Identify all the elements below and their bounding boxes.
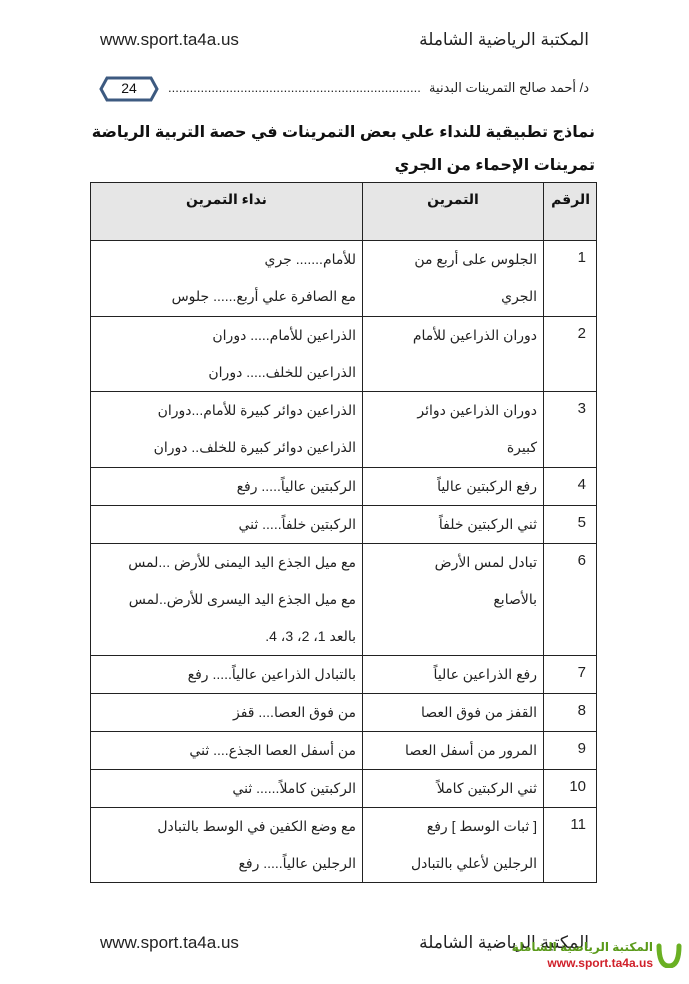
call-line: من أسفل العصا الجذع.... ثني <box>97 732 356 769</box>
exercise-cell: [ ثبات الوسط ] رفعالرجلين لأعلي بالتبادل <box>363 808 544 883</box>
row-number: 11 <box>544 808 597 883</box>
call-cell: بالتبادل الذراعين عالياً..... رفع <box>91 656 363 694</box>
header-site-url: www.sport.ta4a.us <box>100 30 239 50</box>
table-row: 4رفع الركبتين عالياًالركبتين عالياً.....… <box>91 468 597 506</box>
call-cell: مع ميل الجذع اليد اليمنى للأرض ...لمسمع … <box>91 544 363 656</box>
row-number: 10 <box>544 770 597 808</box>
exercise-line: الرجلين لأعلي بالتبادل <box>369 845 537 882</box>
logo-url: www.sport.ta4a.us <box>547 956 653 970</box>
table-row: 10ثني الركبتين كاملاًالركبتين كاملاً....… <box>91 770 597 808</box>
header-library-name: المكتبة الرياضية الشاملة <box>419 30 589 50</box>
section-subtitle: تمرينات الإحماء من الجري <box>395 155 595 175</box>
exercise-cell: ثني الركبتين كاملاً <box>363 770 544 808</box>
exercise-line: الجلوس على أربع من <box>369 241 537 278</box>
page-number: 24 <box>99 80 159 96</box>
exercise-line: بالأصابع <box>369 581 537 618</box>
exercise-table: الرقم التمرين نداء التمرين 1الجلوس على أ… <box>90 182 597 883</box>
table-row: 11[ ثبات الوسط ] رفعالرجلين لأعلي بالتبا… <box>91 808 597 883</box>
row-number: 8 <box>544 694 597 732</box>
table-row: 9المرور من أسفل العصامن أسفل العصا الجذع… <box>91 732 597 770</box>
library-logo-icon <box>656 942 682 968</box>
call-line: الركبتين خلفاً..... ثني <box>97 506 356 543</box>
exercise-line: ثني الركبتين خلفاً <box>369 506 537 543</box>
call-cell: للأمام....... جريمع الصافرة علي أربع....… <box>91 241 363 317</box>
table-row: 1الجلوس على أربع منالجريللأمام....... جر… <box>91 241 597 317</box>
table-header-row: الرقم التمرين نداء التمرين <box>91 183 597 241</box>
table-row: 3دوران الذراعين دوائركبيرةالذراعين دوائر… <box>91 392 597 468</box>
call-line: من فوق العصا.... قفز <box>97 694 356 731</box>
row-number: 6 <box>544 544 597 656</box>
call-cell: الركبتين عالياً..... رفع <box>91 468 363 506</box>
call-line: للأمام....... جري <box>97 241 356 278</box>
call-cell: الركبتين خلفاً..... ثني <box>91 506 363 544</box>
call-line: الرجلين عالياً..... رفع <box>97 845 356 882</box>
column-header-exercise: التمرين <box>363 183 544 241</box>
row-number: 9 <box>544 732 597 770</box>
call-line: مع وضع الكفين في الوسط بالتبادل <box>97 808 356 845</box>
call-line: مع ميل الجذع اليد اليمنى للأرض ...لمس <box>97 544 356 581</box>
exercise-cell: رفع الذراعين عالياً <box>363 656 544 694</box>
row-number: 7 <box>544 656 597 694</box>
table-row: 7رفع الذراعين عالياًبالتبادل الذراعين عا… <box>91 656 597 694</box>
call-cell: الذراعين للأمام..... دورانالذراعين للخلف… <box>91 317 363 392</box>
logo-text: المكتبة الرياضية الشاملة <box>512 940 653 954</box>
call-cell: الذراعين دوائر كبيرة للأمام...دورانالذرا… <box>91 392 363 468</box>
exercise-cell: دوران الذراعين للأمام <box>363 317 544 392</box>
table-row: 5ثني الركبتين خلفاًالركبتين خلفاً..... ث… <box>91 506 597 544</box>
exercise-line: [ ثبات الوسط ] رفع <box>369 808 537 845</box>
exercise-cell: تبادل لمس الأرضبالأصابع <box>363 544 544 656</box>
table-row: 6تبادل لمس الأرضبالأصابعمع ميل الجذع الي… <box>91 544 597 656</box>
table-row: 8القفز من فوق العصامن فوق العصا.... قفز <box>91 694 597 732</box>
exercise-line: دوران الذراعين للأمام <box>369 317 537 354</box>
call-line: الذراعين للأمام..... دوران <box>97 317 356 354</box>
exercise-line: الجري <box>369 278 537 315</box>
header-author-line: د/ أحمد صالح التمرينات البدنية <box>429 80 589 96</box>
row-number: 2 <box>544 317 597 392</box>
row-number: 4 <box>544 468 597 506</box>
column-header-call: نداء التمرين <box>91 183 363 241</box>
call-cell: الركبتين كاملاً...... ثني <box>91 770 363 808</box>
exercise-cell: القفز من فوق العصا <box>363 694 544 732</box>
call-line: مع الصافرة علي أربع...... جلوس <box>97 278 356 315</box>
exercise-cell: ثني الركبتين خلفاً <box>363 506 544 544</box>
call-line: الذراعين دوائر كبيرة للأمام...دوران <box>97 392 356 429</box>
column-header-number: الرقم <box>544 183 597 241</box>
exercise-cell: الجلوس على أربع منالجري <box>363 241 544 317</box>
call-cell: من فوق العصا.... قفز <box>91 694 363 732</box>
call-cell: مع وضع الكفين في الوسط بالتبادلالرجلين ع… <box>91 808 363 883</box>
exercise-cell: المرور من أسفل العصا <box>363 732 544 770</box>
row-number: 5 <box>544 506 597 544</box>
exercise-line: كبيرة <box>369 429 537 466</box>
call-line: مع ميل الجذع اليد اليسرى للأرض..لمس <box>97 581 356 618</box>
page-title: نماذج تطبيقية للنداء علي بعض التمرينات ف… <box>92 122 595 142</box>
call-line: بالتبادل الذراعين عالياً..... رفع <box>97 656 356 693</box>
call-line: بالعد 1، 2، 3، 4. <box>97 618 356 655</box>
exercise-line: رفع الذراعين عالياً <box>369 656 537 693</box>
row-number: 3 <box>544 392 597 468</box>
header-dot-leader: ........................................… <box>168 80 423 95</box>
call-line: الذراعين دوائر كبيرة للخلف.. دوران <box>97 429 356 466</box>
exercise-cell: رفع الركبتين عالياً <box>363 468 544 506</box>
call-line: الذراعين للخلف..... دوران <box>97 354 356 391</box>
call-line: الركبتين كاملاً...... ثني <box>97 770 356 807</box>
exercise-line: دوران الذراعين دوائر <box>369 392 537 429</box>
call-line: الركبتين عالياً..... رفع <box>97 468 356 505</box>
call-cell: من أسفل العصا الجذع.... ثني <box>91 732 363 770</box>
exercise-line: تبادل لمس الأرض <box>369 544 537 581</box>
exercise-line: رفع الركبتين عالياً <box>369 468 537 505</box>
exercise-cell: دوران الذراعين دوائركبيرة <box>363 392 544 468</box>
exercise-line: القفز من فوق العصا <box>369 694 537 731</box>
exercise-line: ثني الركبتين كاملاً <box>369 770 537 807</box>
footer-site-url: www.sport.ta4a.us <box>100 933 239 953</box>
exercise-line: المرور من أسفل العصا <box>369 732 537 769</box>
table-row: 2دوران الذراعين للأمامالذراعين للأمام...… <box>91 317 597 392</box>
row-number: 1 <box>544 241 597 317</box>
